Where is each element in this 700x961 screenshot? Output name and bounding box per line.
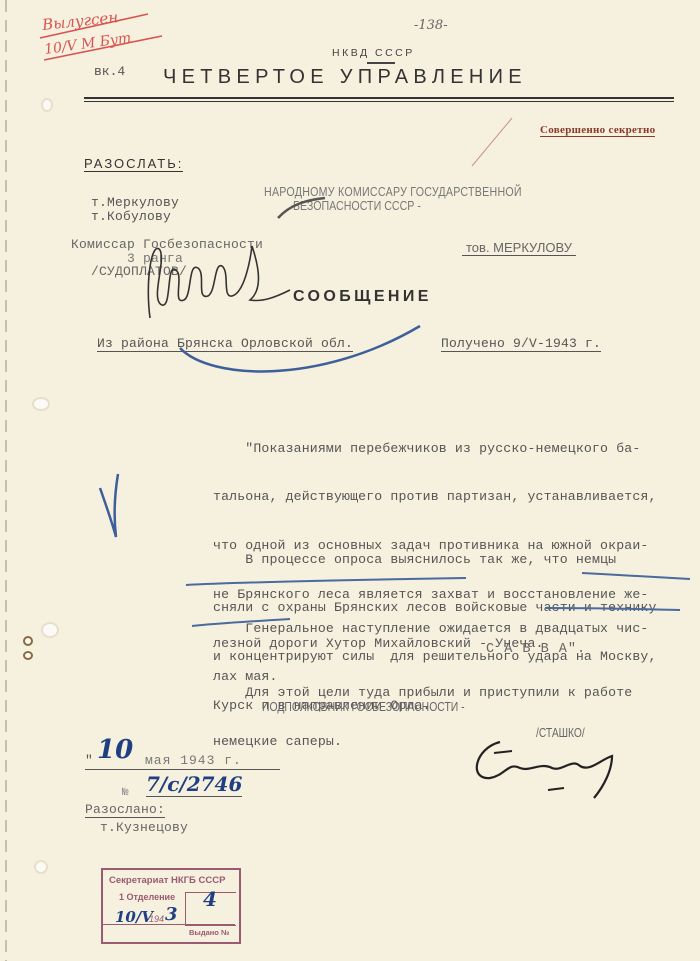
signature-stashko-icon (477, 742, 612, 798)
checkmark-icon (100, 474, 118, 537)
blue-pencil-underline-icon (192, 619, 290, 626)
blue-pencil-underline-icon (186, 578, 466, 585)
signature-stashko-icon (548, 788, 564, 790)
document-page: Вылугсен 10/V М Бут -138- НКВД СССР вк.4… (0, 0, 700, 961)
handwriting-layer (0, 0, 700, 961)
blue-pencil-underline-icon (180, 326, 420, 371)
red-strike-icon (40, 14, 148, 38)
blue-pencil-underline-icon (582, 573, 690, 579)
red-pencil-mark-icon (472, 118, 512, 166)
signature-stashko-icon (494, 751, 512, 753)
blue-pencil-underline-icon (546, 608, 680, 610)
signature-sudoplatov-icon (148, 246, 290, 318)
blue-pencil-stroke-icon (278, 198, 325, 218)
red-strike-icon (44, 36, 162, 60)
